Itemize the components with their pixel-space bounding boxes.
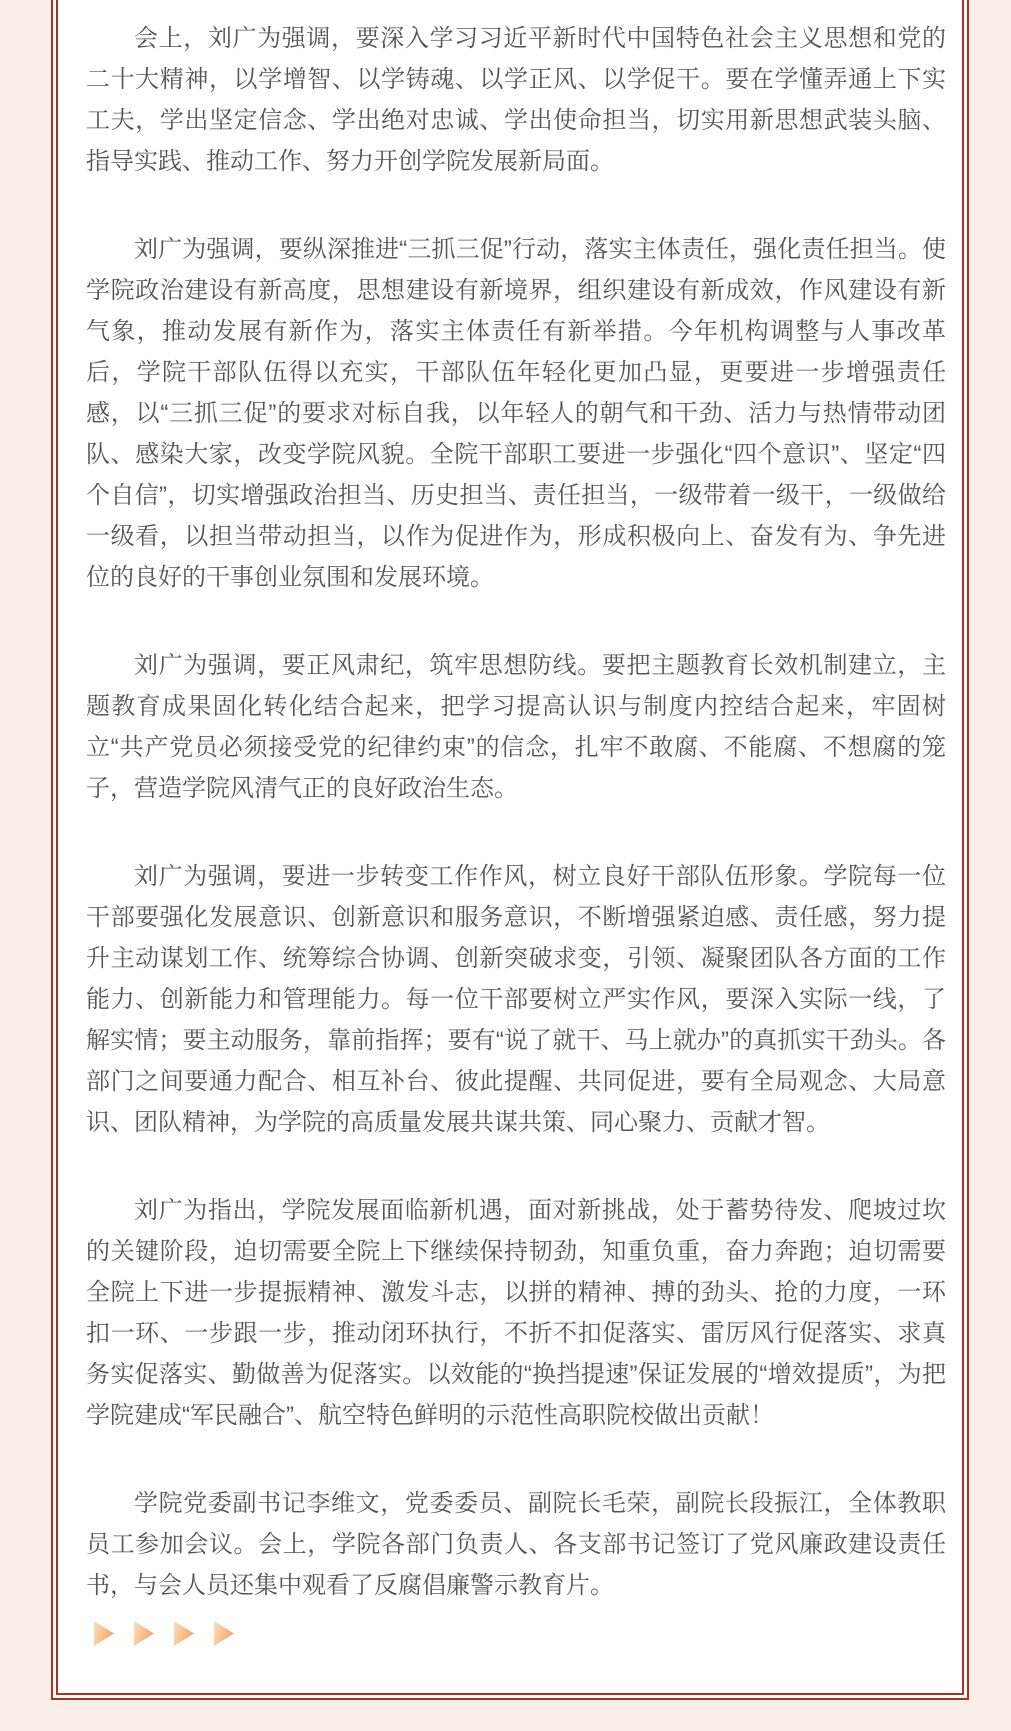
right-triangle-icon — [214, 1621, 234, 1646]
article-body: 会上，刘广为强调，要深入学习习近平新时代中国特色社会主义思想和党的二十大精神，以… — [86, 18, 946, 1646]
article-frame: 会上，刘广为强调，要深入学习习近平新时代中国特色社会主义思想和党的二十大精神，以… — [51, 0, 969, 1700]
footer-arrows — [94, 1621, 946, 1646]
article-content-box: 会上，刘广为强调，要深入学习习近平新时代中国特色社会主义思想和党的二十大精神，以… — [56, 0, 964, 1695]
right-triangle-icon — [174, 1621, 194, 1646]
paragraph-discipline: 刘广为强调，要正风肃纪，筑牢思想防线。要把主题教育长效机制建立，主题教育成果固化… — [86, 645, 946, 809]
right-triangle-icon — [94, 1621, 114, 1646]
paragraph-meeting-study: 会上，刘广为强调，要深入学习习近平新时代中国特色社会主义思想和党的二十大精神，以… — [86, 18, 946, 182]
page-background: 会上，刘广为强调，要深入学习习近平新时代中国特色社会主义思想和党的二十大精神，以… — [0, 0, 1011, 1700]
paragraph-development-opportunity: 刘广为指出，学院发展面临新机遇，面对新挑战，处于蓄势待发、爬坡过坎的关键阶段，迫… — [86, 1190, 946, 1436]
right-triangle-icon — [134, 1621, 154, 1646]
paragraph-attendees: 学院党委副书记李维文，党委委员、副院长毛荣，副院长段振江，全体教职员工参加会议。… — [86, 1483, 946, 1606]
paragraph-work-style: 刘广为强调，要进一步转变工作作风，树立良好干部队伍形象。学院每一位干部要强化发展… — [86, 856, 946, 1143]
paragraph-three-grasp-three-promote: 刘广为强调，要纵深推进“三抓三促”行动，落实主体责任，强化责任担当。使学院政治建… — [86, 229, 946, 598]
